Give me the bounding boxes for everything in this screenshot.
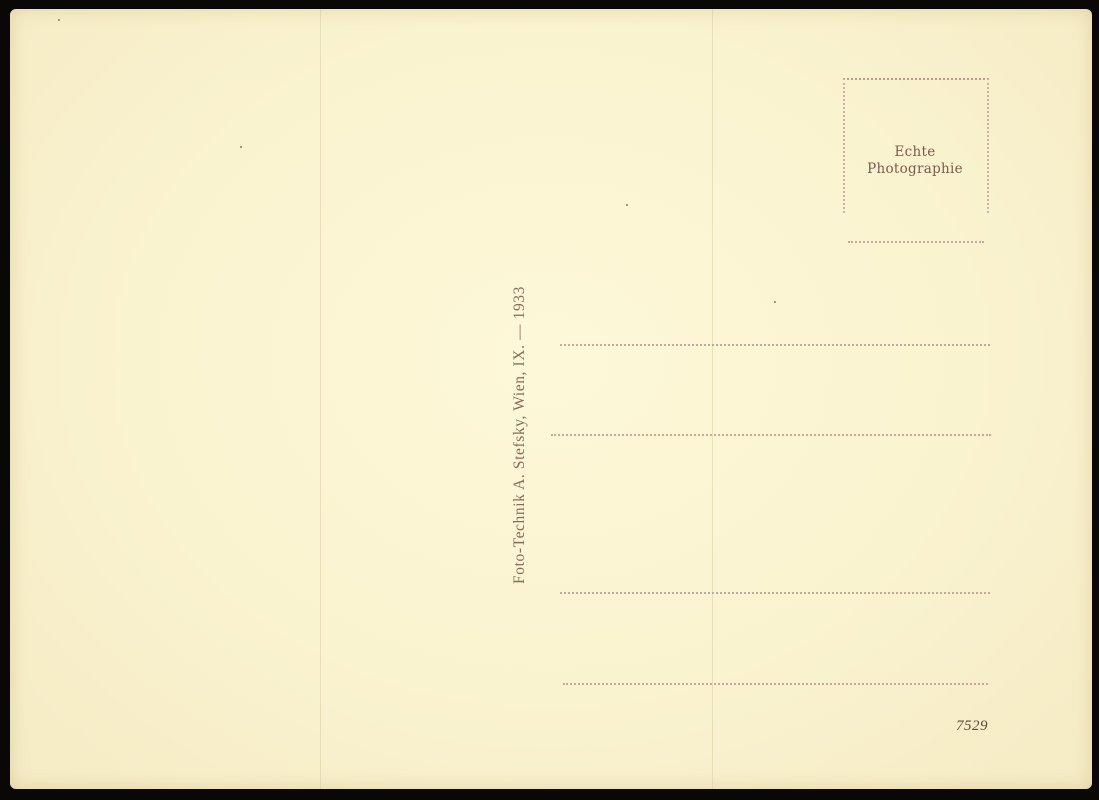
address-line-2 <box>551 434 991 436</box>
paper-speck <box>240 146 242 148</box>
paper-speck <box>774 301 776 303</box>
postcard-back: Echte Photographie Foto-Technik A. Stefs… <box>10 9 1092 789</box>
address-line-3 <box>560 592 990 594</box>
paper-speck <box>58 19 60 21</box>
stamp-label-line1: Echte <box>846 144 984 161</box>
stamp-label-line2: Photographie <box>846 161 984 178</box>
address-line-1 <box>560 344 990 346</box>
fold-crease <box>712 9 713 789</box>
stamp-label: Echte Photographie <box>846 144 984 178</box>
stamp-box-bottom-line <box>848 241 984 243</box>
card-number: 7529 <box>956 718 988 735</box>
publisher-imprint: Foto-Technik A. Stefsky, Wien, IX. — 193… <box>511 286 529 584</box>
paper-speck <box>626 204 628 206</box>
address-line-4 <box>563 683 988 685</box>
fold-crease <box>320 9 321 789</box>
